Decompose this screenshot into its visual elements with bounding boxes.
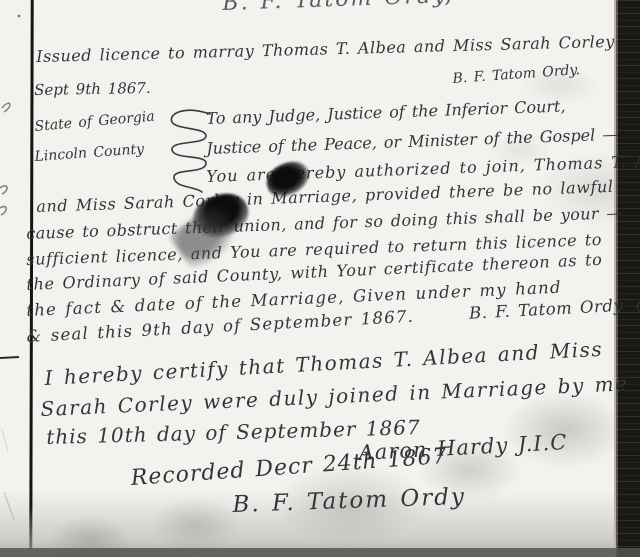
license-addressee-line: Justice of the Peace, or Minister of the…: [206, 125, 619, 158]
license-addressee-line: To any Judge, Justice of the Inferior Co…: [206, 96, 566, 128]
license-signature: B. F. Tatom Ordy: [469, 296, 624, 323]
seal-mark: LS: [635, 295, 640, 316]
scanned-register-page: B. F. Tatom Ordy, Issued licence to marr…: [0, 0, 640, 557]
brace-coil-flourish: [166, 106, 212, 196]
license-county: Lincoln County: [34, 141, 145, 165]
recording-signature: B. F. Tatom Ordy: [232, 484, 466, 518]
issuance-line: Issued licence to marray Thomas T. Albea…: [36, 32, 615, 66]
recording-line: Recorded Decr 24th 1867: [130, 444, 448, 491]
issuance-signature: B. F. Tatom Ordy.: [452, 62, 580, 87]
page-bottom-shadow: [0, 548, 640, 557]
clerk-endorsement: B. F. Tatom Ordy,: [222, 0, 454, 16]
license-state: State of Georgia: [34, 109, 155, 135]
issuance-date: Sept 9th 1867.: [34, 79, 151, 99]
book-binding-edge: [614, 0, 640, 557]
